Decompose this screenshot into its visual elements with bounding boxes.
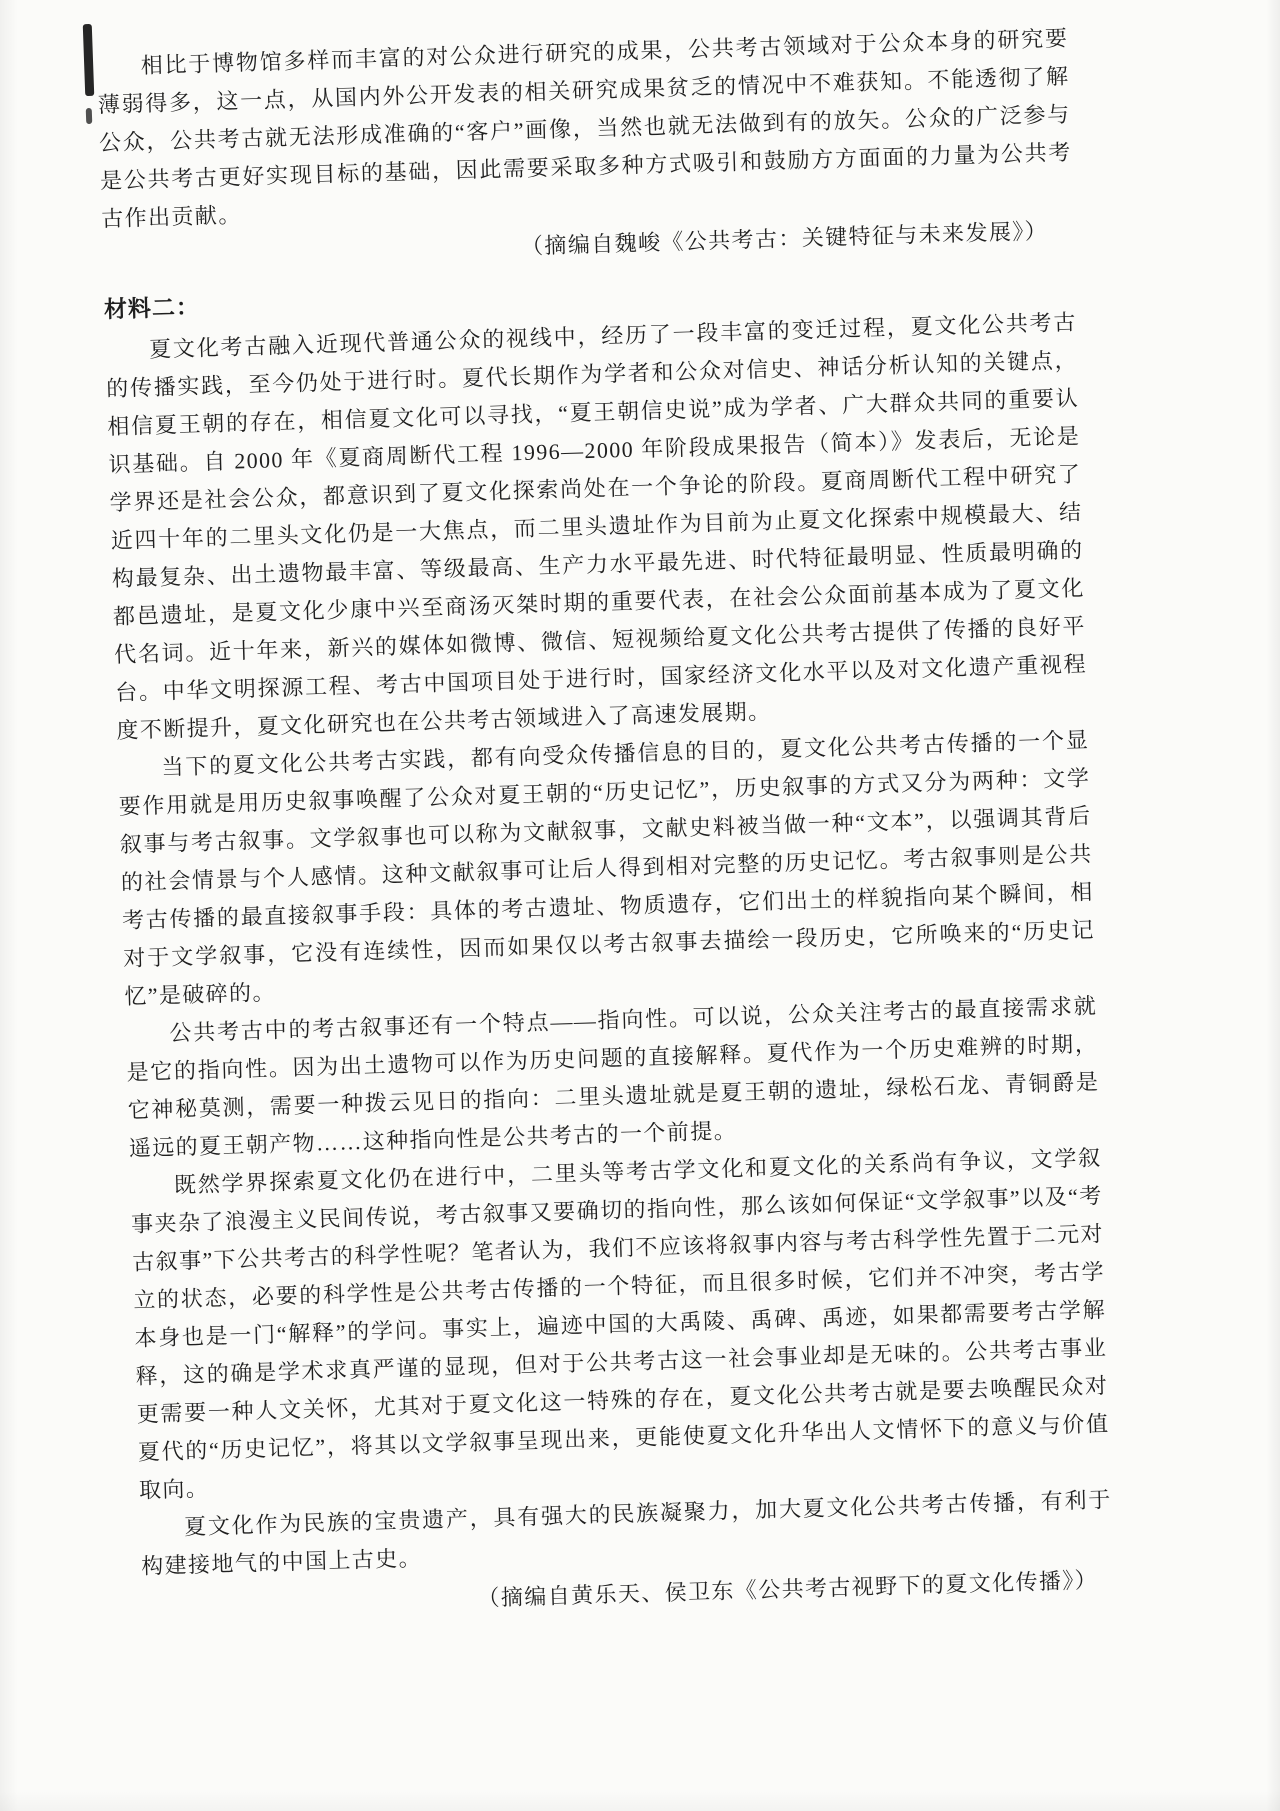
scan-ink-mark (83, 24, 95, 96)
material-one-closing-paragraph: 相比于博物馆多样而丰富的对公众进行研究的成果，公共考古领域对于公众本身的研究要薄… (96, 20, 1073, 239)
material-two-paragraph-3: 公共考古中的考古叙事还有一个特点——指向性。可以说，公众关注考古的最直接需求就是… (125, 987, 1101, 1168)
reading-passage: 相比于博物馆多样而丰富的对公众进行研究的成果，公共考古领域对于公众本身的研究要薄… (96, 20, 1114, 1628)
scanned-exam-page: 相比于博物馆多样而丰富的对公众进行研究的成果，公共考古领域对于公众本身的研究要薄… (0, 0, 1280, 1811)
material-two-paragraph-4: 既然学界探索夏文化仍在进行中，二里头等考古学文化和夏文化的关系尚有争议，文学叙事… (129, 1139, 1111, 1510)
material-two-paragraph-2: 当下的夏文化公共考古实践，都有向受众传播信息的目的，夏文化公共考古传播的一个显要… (117, 721, 1096, 1016)
material-two-paragraph-1: 夏文化考古融入近现代普通公众的视线中，经历了一段丰富的变迁过程，夏文化公共考古的… (105, 303, 1089, 750)
scan-ink-mark (86, 108, 93, 124)
